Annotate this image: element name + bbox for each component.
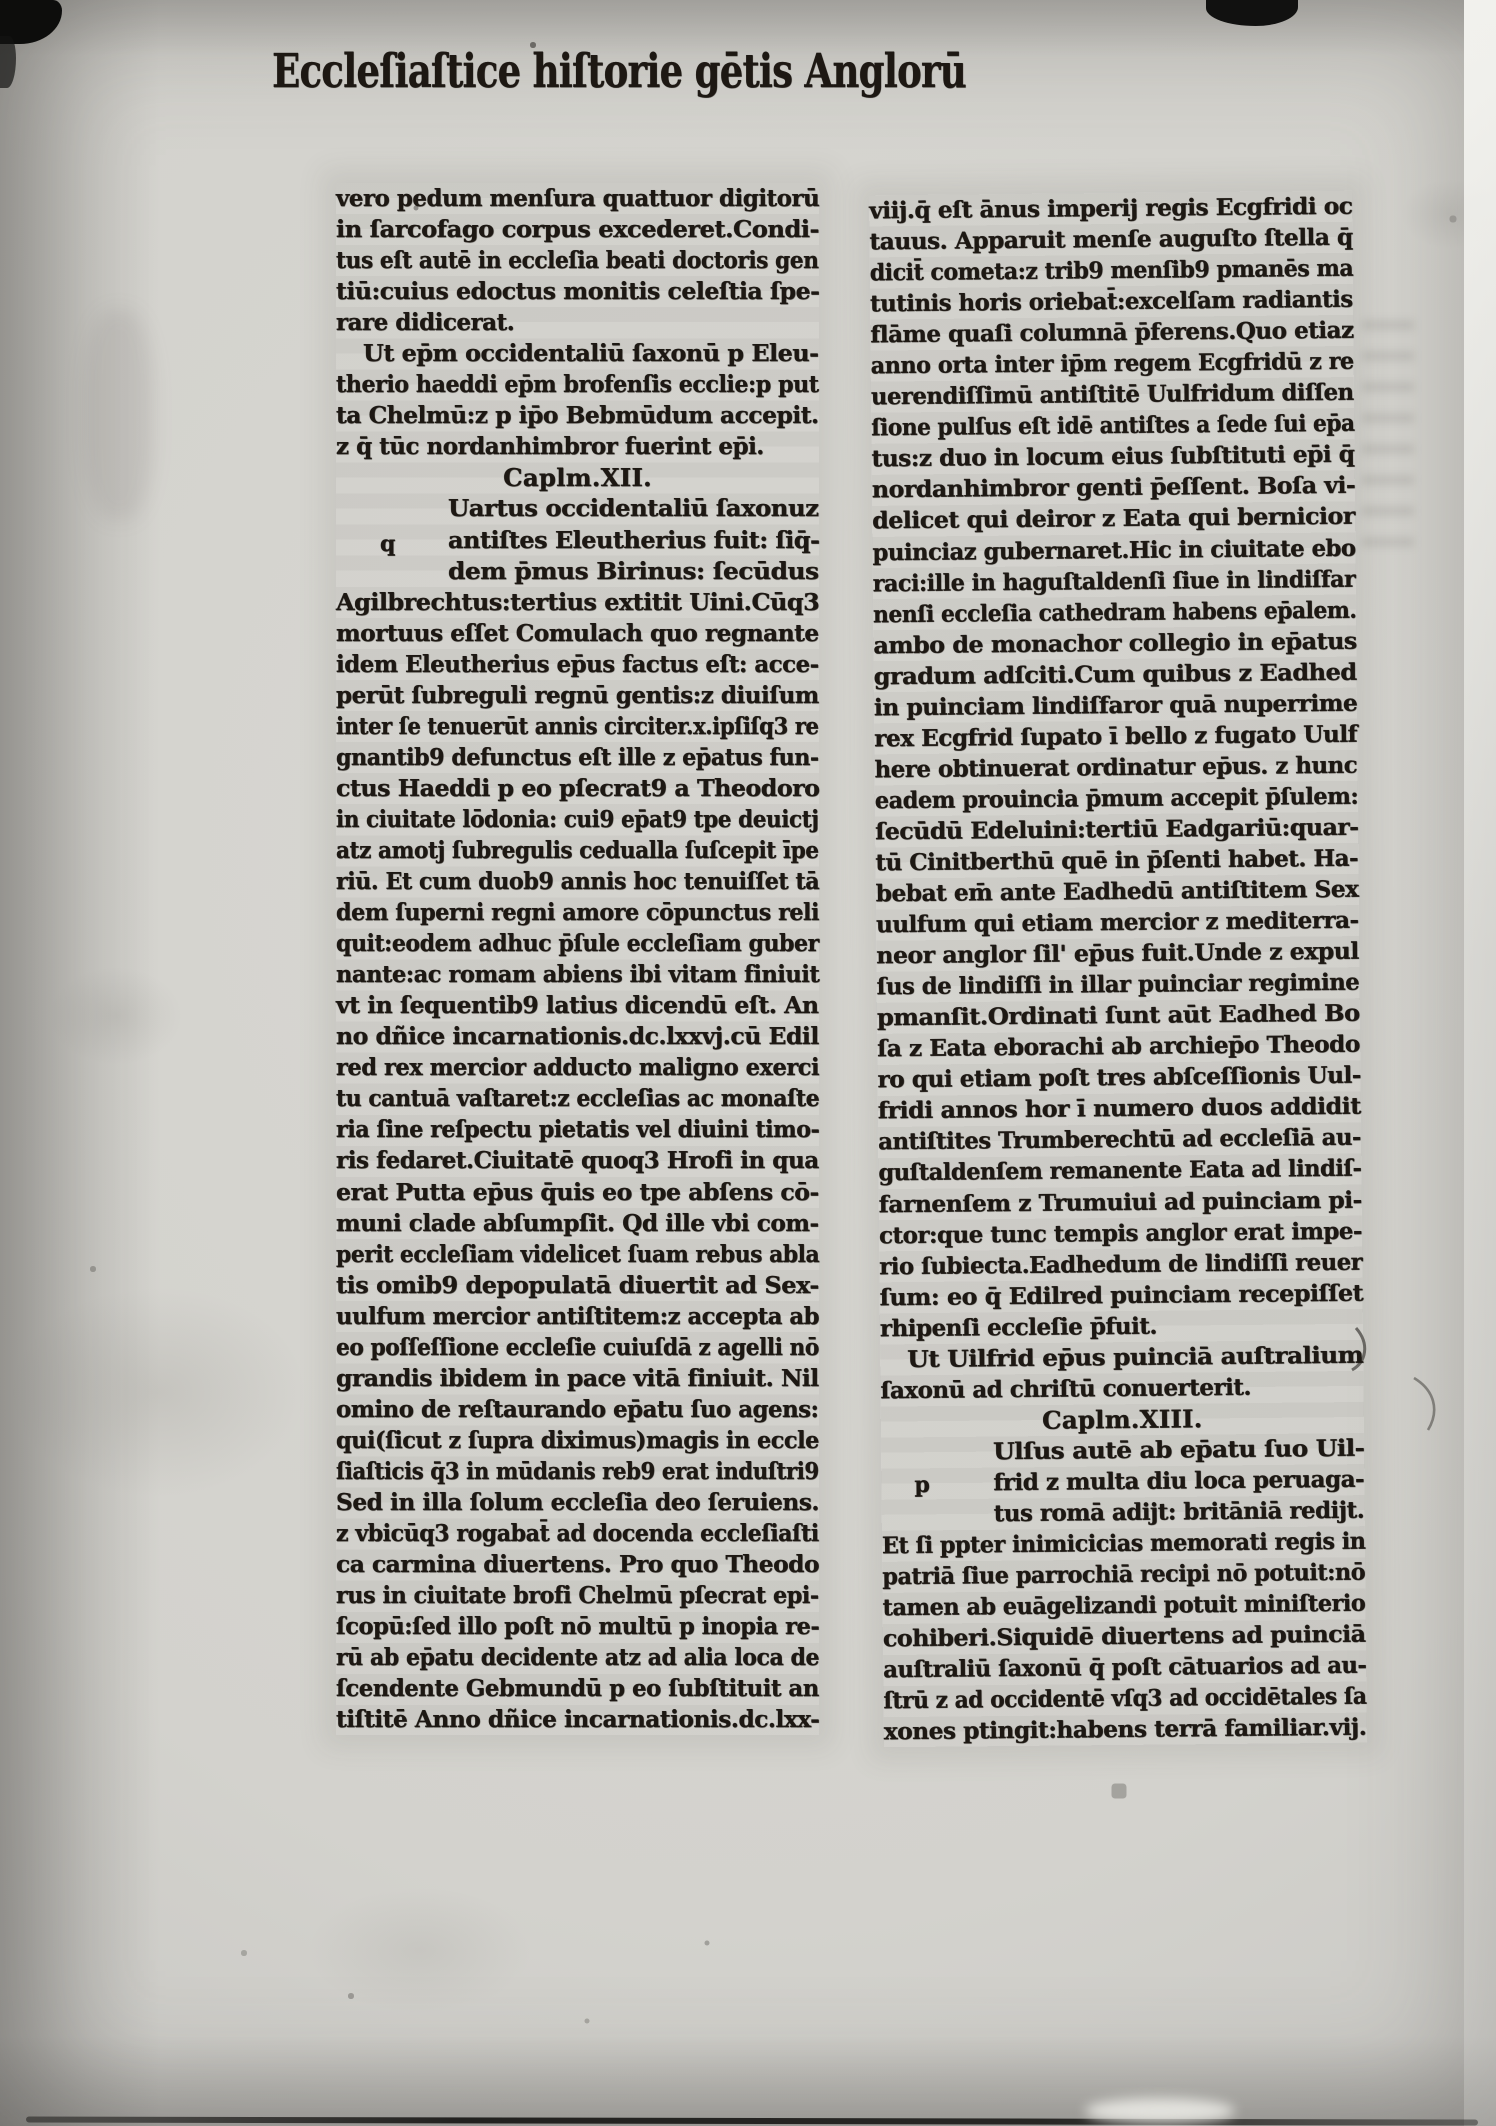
- text-line: erat Putta ep̄us q̄uis eo tpe abſens cō-: [336, 1177, 819, 1208]
- guide-letter-q: q: [380, 531, 395, 557]
- text-line: rhipenſi eccleſie p̄fuit.: [880, 1308, 1363, 1344]
- text-line: ctor:que tunc tempis anglor erat impe-: [879, 1215, 1362, 1251]
- text-line-content: riū. Et cum duob9 annis hoc tenuiſſet tā: [336, 866, 819, 897]
- text-line: nante:ac romam abiens ibi vitam finiuit: [336, 959, 819, 990]
- text-line: flāme quaſi columnā p̄ferens.Quo etiaz: [870, 315, 1353, 351]
- text-line-content: cohiberi.Siquidē diuertens ad puinciā: [883, 1619, 1366, 1655]
- text-line-content: erat Putta ep̄us q̄uis eo tpe abſens cō-: [336, 1177, 819, 1208]
- text-line-content: nante:ac romam abiens ibi vitam finiuit: [336, 959, 819, 990]
- text-line: mortuus eſſet Comulach quo regnante: [336, 618, 819, 649]
- text-line-content: rio ſubiecta.Eadhedum de lindiſſi reuer: [879, 1246, 1362, 1282]
- text-line-content: raci:ille in haguſtaldenſi ſiue in lindi…: [873, 563, 1356, 599]
- text-line: z vbicūq3 rogabat̄ ad docenda eccleſiaſt…: [336, 1518, 819, 1549]
- text-line-content: flāme quaſi columnā p̄ferens.Quo etiaz: [870, 315, 1354, 351]
- text-line-content: nenſi eccleſia cathedram habens ep̄alem.: [873, 594, 1357, 630]
- text-line-content: farnenſem z Trumuiui ad puinciam pi-: [879, 1184, 1362, 1220]
- text-line-content: ſecūdū Edeluini:tertiū Eadgariū:quar-: [875, 812, 1359, 848]
- text-line-content: frid z multa diu loca peruaga-: [993, 1464, 1364, 1499]
- text-line-content: tū Cinitberthū quē in p̄ſenti habet. Ha-: [875, 843, 1358, 879]
- text-line: Agilbrechtus:tertius extitit Uini.Cūq3: [336, 587, 819, 618]
- text-line: puinciaz gubernaret.Hic in ciuitate ebo: [872, 532, 1355, 568]
- text-line: raci:ille in haguſtaldenſi ſiue in lindi…: [873, 563, 1356, 599]
- chapter-heading: Caplm.XIII.: [881, 1401, 1364, 1437]
- text-line-content: ſa z Eata eborachi ab archiep̄o Theodo: [877, 1029, 1360, 1065]
- text-line-content: tis omib9 depopulatā diuertit ad Sex-: [336, 1270, 819, 1301]
- text-line-content: uerendiſſimū antiſtitē Uulfridum diſſen: [871, 377, 1354, 413]
- text-line-content: tu cantuā vaſtaret:z eccleſias ac monaſt…: [336, 1083, 819, 1114]
- text-line-content: ſtrū z ad occidentē vſq3 ad occidētales …: [883, 1681, 1366, 1717]
- text-line-content: Caplm.XII.: [503, 462, 652, 493]
- text-line-content: ta Chelmū:z p ip̄o Bebmūdum accepit.: [336, 400, 819, 431]
- text-line: ſcopū:ſed illo poſt nō multū p inopia re…: [336, 1611, 819, 1642]
- text-line: uulfum mercior antiſtitem:z accepta ab: [336, 1301, 819, 1332]
- text-line: eo poſſeſſione eccleſie cuiuſdā z agelli…: [336, 1332, 819, 1363]
- text-line: Ut ep̄m occidentaliū ſaxonū p Eleu-: [336, 338, 819, 369]
- text-line-content: ro qui etiam poſt tres abſceſſionis Uul-: [877, 1060, 1361, 1096]
- text-line-content: auſtraliū ſaxonū q̄ poſt cātuarios ad au…: [883, 1650, 1366, 1686]
- text-line-content: anno orta inter ip̄m regem Ecgfridū z re: [871, 346, 1354, 382]
- text-line-content: tiſtitē Anno dñice incarnationis.dc.lxx-: [336, 1704, 819, 1735]
- text-line: ſum: eo q̄ Edilred puinciam recepiſſet: [879, 1277, 1362, 1313]
- text-line-content: vero pedum menſura quattuor digitorū: [336, 183, 819, 214]
- text-line-content: inter ſe tenuerūt annis circiter.x.ipſiſ…: [336, 711, 819, 742]
- text-line-content: tamen ab euāgelizandi potuit miniſterio: [882, 1588, 1365, 1624]
- text-line-content: dem ſuperni regni amore cōpunctus reli: [336, 897, 819, 928]
- text-line: atz amotj ſubregulis cedualla ſuſcepit ī…: [336, 835, 819, 866]
- text-line-content: Ut ep̄m occidentaliū ſaxonū p Eleu-: [363, 338, 819, 369]
- text-line-content: ca carmina diuertens. Pro quo Theodo: [336, 1549, 819, 1580]
- text-line: vt in ſequentib9 latius dicendū eſt. An: [336, 990, 819, 1021]
- scanner-bed-right-strip: [1464, 0, 1496, 2126]
- text-line-content: delicet qui deiror z Eata qui bernicior: [872, 501, 1355, 537]
- text-line-content: neor anglor ſil' ep̄us fuit.Unde z expul: [876, 936, 1359, 972]
- text-line: gradum adſciti.Cum quibus z Eadhed: [873, 656, 1356, 692]
- text-line: perit eccleſiam videlicet ſuam rebus abl…: [336, 1239, 819, 1270]
- text-line-content: muni clade abſumpſit. Qd ille vbi com-: [336, 1208, 819, 1239]
- text-line: xones ptingit:habens terrā familiar.vij.: [884, 1712, 1367, 1748]
- text-line-content: gradum adſciti.Cum quibus z Eadhed: [873, 656, 1356, 692]
- text-line-content: rhipenſi eccleſie p̄fuit.: [880, 1310, 1157, 1344]
- text-line: antiſtites Trumberechtū ad eccleſiā au-: [878, 1122, 1361, 1158]
- text-line-content: rare didicerat.: [336, 307, 514, 338]
- text-line-content: dem p̄mus Birinus: ſecūdus: [448, 556, 819, 587]
- text-line: uerendiſſimū antiſtitē Uulfridum diſſen: [871, 377, 1354, 413]
- scan-shadow-bottom-edge: [0, 2036, 1496, 2126]
- text-line: viij.q̄ eſt ānus imperij regis Ecgfridi …: [869, 191, 1352, 227]
- running-title-text: Eccleſiaſtice hiſtorie gētis Anglorū: [272, 44, 966, 99]
- text-line: grandis ibidem in pace vitā finiuit. Nil: [336, 1363, 819, 1394]
- text-line: ſa z Eata eborachi ab archiep̄o Theodo: [877, 1029, 1360, 1065]
- text-line-content: ſaxonū ad chriſtū conuerterit.: [880, 1371, 1251, 1406]
- text-line: dicit̄ cometa:z trib9 menſib9 pmanēs ma: [870, 253, 1353, 289]
- text-line-content: no dñice incarnationis.dc.lxxvj.cū Edil: [336, 1021, 819, 1052]
- text-line: tis omib9 depopulatā diuertit ad Sex-: [336, 1270, 819, 1301]
- scan-white-patch: [1085, 2098, 1235, 2124]
- text-line-content: fridi annos hor ī numero duos addidit: [878, 1091, 1361, 1127]
- text-line: Uartus occidentaliū ſaxonuz: [336, 493, 819, 524]
- text-line-content: qui(ſicut z ſupra diximus)magis in eccle: [336, 1425, 819, 1456]
- guide-letter-p: p: [914, 1472, 930, 1498]
- left-margin-stain: [84, 310, 154, 520]
- text-line-content: omino de reſtaurando ep̄atu ſuo agens:: [336, 1394, 818, 1425]
- text-line: tū Cinitberthū quē in p̄ſenti habet. Ha-: [875, 843, 1358, 879]
- text-line: pmanſit.Ordinati ſunt aūt Eadhed Bo: [877, 998, 1360, 1034]
- text-line-content: ſcopū:ſed illo poſt nō multū p inopia re…: [336, 1611, 819, 1642]
- text-line: z q̄ tūc nordanhimbror fuerint ep̄i.: [336, 431, 819, 462]
- text-line: neor anglor ſil' ep̄us fuit.Unde z expul: [876, 936, 1359, 972]
- text-line: omino de reſtaurando ep̄atu ſuo agens:: [336, 1394, 819, 1425]
- text-line: dem p̄mus Birinus: ſecūdus: [336, 556, 819, 587]
- text-line: ſtrū z ad occidentē vſq3 ad occidētales …: [883, 1681, 1366, 1717]
- text-line-content: guſtaldenſem remanente Eata ad lindiſ-: [878, 1153, 1361, 1189]
- text-line: patriā ſiue parrochiā recipi nō potuit:n…: [882, 1557, 1365, 1593]
- text-line-content: ris fedaret.Ciuitatē quoq3 Hrofi in qua: [336, 1145, 819, 1176]
- text-line-content: bebat em̄ ante Eadhedū antiſtitem Sex: [876, 874, 1359, 910]
- text-line-content: ria ſine reſpectu pietatis vel diuini ti…: [336, 1114, 819, 1145]
- text-line: in ciuitate lōdonia: cui9 ep̄at9 tpe deu…: [336, 804, 819, 835]
- text-line-content: Uartus occidentaliū ſaxonuz: [448, 493, 818, 524]
- text-line: quit:eodem adhuc p̄ſule eccleſiam guber: [336, 928, 819, 959]
- text-line: Et ſi ppter inimicicias memorati regis i…: [882, 1526, 1365, 1562]
- right-margin-bleedthrough: [1362, 320, 1414, 560]
- text-line-content: tus:z duo in locum eius ſubſtituti ep̄i …: [871, 439, 1354, 475]
- text-line-content: xones ptingit:habens terrā familiar.vij.: [884, 1712, 1367, 1748]
- text-line-content: tiū:cuius edoctus monitis celeſtia ſpe-: [336, 276, 819, 307]
- text-line-content: z q̄ tūc nordanhimbror fuerint ep̄i.: [336, 431, 764, 462]
- text-line-content: uulfum qui etiam mercior z mediterra-: [876, 905, 1359, 941]
- text-line: idem Eleutherius ep̄us factus eſt: acce-: [336, 649, 819, 680]
- text-line: ſecūdū Edeluini:tertiū Eadgariū:quar-: [875, 812, 1358, 848]
- text-line: ta Chelmū:z p ip̄o Bebmūdum accepit.: [336, 400, 819, 431]
- text-line-content: ſione pulſus eſt idē antiſtes a ſede ſui…: [871, 408, 1355, 444]
- text-line-content: Agilbrechtus:tertius extitit Uini.Cūq3: [336, 587, 819, 618]
- text-column-left: q vero pedum menſura quattuor digitorūin…: [336, 183, 819, 1735]
- incunabulum-page-scan: Eccleſiaſtice hiſtorie gētis Anglorū q v…: [0, 0, 1496, 2126]
- text-line-content: Caplm.XIII.: [1042, 1403, 1203, 1436]
- text-line-content: nordanhimbror genti p̄eſſent. Boſa vi-: [872, 470, 1356, 506]
- text-line-content: in ciuitate lōdonia: cui9 ep̄at9 tpe deu…: [336, 804, 819, 835]
- text-line: rio ſubiecta.Eadhedum de lindiſſi reuer: [879, 1246, 1362, 1282]
- text-line-content: gnantib9 defunctus eſt ille z ep̄atus fu…: [336, 742, 819, 773]
- text-line-content: perūt ſubreguli regnū gentis:z diuiſum: [336, 680, 819, 711]
- text-line-content: ctus Haeddi p eo pſecrat9 a Theodoro: [336, 773, 819, 804]
- text-line: cohiberi.Siquidē diuertens ad puinciā: [883, 1619, 1366, 1655]
- text-line-content: tutinis horis oriebat̄:excelſam radianti…: [870, 284, 1353, 320]
- text-line-content: here obtinuerat ordinatur ep̄us. z hunc: [874, 750, 1357, 786]
- text-line: tiſtitē Anno dñice incarnationis.dc.lxx-: [336, 1704, 819, 1735]
- text-line: no dñice incarnationis.dc.lxxvj.cū Edil: [336, 1021, 819, 1052]
- text-line-content: quit:eodem adhuc p̄ſule eccleſiam guber: [336, 928, 819, 959]
- text-line-content: rus in ciuitate brofi Chelmū pſecrat epi…: [336, 1580, 819, 1611]
- text-line-content: idem Eleutherius ep̄us factus eſt: acce-: [336, 649, 819, 680]
- text-line-content: therio haeddi ep̄m brofenſis ecclie:p pu…: [336, 369, 819, 400]
- text-line: tus romā adijt: britāniā redijt.: [882, 1495, 1365, 1531]
- text-line: Ulſus autē ab ep̄atu ſuo Uil-: [881, 1432, 1364, 1468]
- text-line-content: z vbicūq3 rogabat̄ ad docenda eccleſiaſt…: [336, 1518, 819, 1549]
- text-line: ſaxonū ad chriſtū conuerterit.: [880, 1370, 1363, 1406]
- text-line-content: grandis ibidem in pace vitā finiuit. Nil: [336, 1363, 819, 1394]
- text-line: tiū:cuius edoctus monitis celeſtia ſpe-: [336, 276, 819, 307]
- text-line-content: ſiaſticis q̄3 in mūdanis reb9 erat induſ…: [336, 1456, 819, 1487]
- text-line: in puinciam lindiſfaror quā nuperrime: [874, 687, 1357, 723]
- text-line: anno orta inter ip̄m regem Ecgfridū z re: [871, 346, 1354, 382]
- text-line: dem ſuperni regni amore cōpunctus reli: [336, 897, 819, 928]
- text-line: ca carmina diuertens. Pro quo Theodo: [336, 1549, 819, 1580]
- text-line-content: mortuus eſſet Comulach quo regnante: [336, 618, 819, 649]
- text-line-content: dicit̄ cometa:z trib9 menſib9 pmanēs ma: [870, 253, 1354, 289]
- text-line-content: in puinciam lindiſfaror quā nuperrime: [874, 687, 1358, 723]
- text-line: uulfum qui etiam mercior z mediterra-: [876, 905, 1359, 941]
- text-line: vero pedum menſura quattuor digitorū: [336, 183, 819, 214]
- text-line-content: ſus de lindiſſi in illar puinciar regimi…: [876, 967, 1359, 1003]
- text-line: ambo de monachor collegio in ep̄atus: [873, 625, 1356, 661]
- text-line: ria ſine reſpectu pietatis vel diuini ti…: [336, 1114, 819, 1145]
- text-line-content: viij.q̄ eſt ānus imperij regis Ecgfridi …: [869, 191, 1353, 227]
- text-line: rare didicerat.: [336, 307, 819, 338]
- text-line: tu cantuā vaſtaret:z eccleſias ac monaſt…: [336, 1083, 819, 1114]
- text-line: riū. Et cum duob9 annis hoc tenuiſſet tā: [336, 866, 819, 897]
- text-line-content: perit eccleſiam videlicet ſuam rebus abl…: [336, 1239, 819, 1270]
- text-line: tamen ab euāgelizandi potuit miniſterio: [882, 1588, 1365, 1624]
- text-line: guſtaldenſem remanente Eata ad lindiſ-: [878, 1153, 1361, 1189]
- text-line-content: ambo de monachor collegio in ep̄atus: [873, 625, 1357, 661]
- text-line: muni clade abſumpſit. Qd ille vbi com-: [336, 1208, 819, 1239]
- text-line-content: pmanſit.Ordinati ſunt aūt Eadhed Bo: [877, 998, 1360, 1034]
- chapter-heading: Caplm.XII.: [336, 462, 819, 493]
- text-line-content: Sed in illa ſolum eccleſia deo ſeruiens.: [336, 1487, 819, 1518]
- text-line: ſione pulſus eſt idē antiſtes a ſede ſui…: [871, 408, 1354, 444]
- running-title: Eccleſiaſtice hiſtorie gētis Anglorū: [272, 44, 966, 114]
- text-line-content: in ſarcofago corpus excederet.Condi-: [336, 214, 819, 245]
- text-line-content: Ut Uilfrid ep̄us puinciā auſtralium: [907, 1339, 1363, 1374]
- text-line: perūt ſubreguli regnū gentis:z diuiſum: [336, 680, 819, 711]
- text-line: fridi annos hor ī numero duos addidit: [878, 1091, 1361, 1127]
- text-line-content: uulfum mercior antiſtitem:z accepta ab: [336, 1301, 819, 1332]
- text-line-content: puinciaz gubernaret.Hic in ciuitate ebo: [872, 532, 1355, 568]
- text-line: tus:z duo in locum eius ſubſtituti ep̄i …: [871, 439, 1354, 475]
- text-line-content: antiſtites Trumberechtū ad eccleſiā au-: [878, 1122, 1361, 1158]
- text-line: therio haeddi ep̄m brofenſis ecclie:p pu…: [336, 369, 819, 400]
- text-line-content: tus romā adijt: britāniā redijt.: [994, 1495, 1365, 1530]
- text-line: ro qui etiam poſt tres abſceſſionis Uul-: [877, 1060, 1360, 1096]
- text-line: here obtinuerat ordinatur ep̄us. z hunc: [874, 749, 1357, 785]
- text-line-content: red rex mercior adducto maligno exerci: [336, 1052, 819, 1083]
- text-line: eadem prouincia p̄mum accepit p̄ſulem:: [875, 781, 1358, 817]
- text-line-content: Et ſi ppter inimicicias memorati regis i…: [882, 1526, 1366, 1562]
- text-line-content: tus eſt autē in eccleſia beati doctoris …: [336, 245, 819, 276]
- text-line-content: atz amotj ſubregulis cedualla ſuſcepit ī…: [336, 835, 819, 866]
- text-line: qui(ſicut z ſupra diximus)magis in eccle: [336, 1425, 819, 1456]
- text-line-content: rū ab ep̄atu decidente atz ad alia loca …: [336, 1642, 819, 1673]
- text-column-right: p viij.q̄ eſt ānus imperij regis Ecgfrid…: [869, 191, 1367, 1748]
- text-line: farnenſem z Trumuiui ad puinciam pi-: [879, 1184, 1362, 1220]
- text-line: nordanhimbror genti p̄eſſent. Boſa vi-: [872, 470, 1355, 506]
- text-line: Ut Uilfrid ep̄us puinciā auſtralium: [880, 1339, 1363, 1375]
- text-line: in ſarcofago corpus excederet.Condi-: [336, 214, 819, 245]
- text-line: rex Ecgfrid ſupato ī bello z fugato Uulf: [874, 718, 1357, 754]
- text-line: ſus de lindiſſi in illar puinciar regimi…: [876, 967, 1359, 1003]
- text-line-content: Ulſus autē ab ep̄atu ſuo Uil-: [993, 1432, 1365, 1467]
- text-line: tauus. Apparuit menſe auguſto ſtella q̄: [869, 222, 1352, 258]
- text-line: tutinis horis oriebat̄:excelſam radianti…: [870, 284, 1353, 320]
- text-line: red rex mercior adducto maligno exerci: [336, 1052, 819, 1083]
- text-line-content: tauus. Apparuit menſe auguſto ſtella q̄: [869, 222, 1353, 258]
- text-line: antiſtes Eleutherius fuit: ſiq̄-: [336, 525, 819, 556]
- text-line: rus in ciuitate brofi Chelmū pſecrat epi…: [336, 1580, 819, 1611]
- text-line: auſtraliū ſaxonū q̄ poſt cātuarios ad au…: [883, 1650, 1366, 1686]
- text-line: Sed in illa ſolum eccleſia deo ſeruiens.: [336, 1487, 819, 1518]
- text-line: delicet qui deiror z Eata qui bernicior: [872, 501, 1355, 537]
- text-line: ris fedaret.Ciuitatē quoq3 Hrofi in qua: [336, 1145, 819, 1176]
- text-line: gnantib9 defunctus eſt ille z ep̄atus fu…: [336, 742, 819, 773]
- text-line-content: ctor:que tunc tempis anglor erat impe-: [879, 1215, 1362, 1251]
- text-line: nenſi eccleſia cathedram habens ep̄alem.: [873, 594, 1356, 630]
- text-line-content: rex Ecgfrid ſupato ī bello z fugato Uulf: [874, 718, 1357, 754]
- text-line-content: ſum: eo q̄ Edilred puinciam recepiſſet: [879, 1277, 1363, 1313]
- text-line: ſcendente Gebmundū p eo ſubſtituit an: [336, 1673, 819, 1704]
- text-line-content: patriā ſiue parrochiā recipi nō potuit:n…: [882, 1557, 1365, 1593]
- text-line: tus eſt autē in eccleſia beati doctoris …: [336, 245, 819, 276]
- text-line: bebat em̄ ante Eadhedū antiſtitem Sex: [876, 874, 1359, 910]
- text-line: inter ſe tenuerūt annis circiter.x.ipſiſ…: [336, 711, 819, 742]
- text-line-content: eo poſſeſſione eccleſie cuiuſdā z agelli…: [336, 1332, 819, 1363]
- text-line-content: vt in ſequentib9 latius dicendū eſt. An: [336, 990, 819, 1021]
- text-line-content: ſcendente Gebmundū p eo ſubſtituit an: [336, 1673, 819, 1704]
- paper-specks: [0, 0, 2, 2]
- text-line-content: antiſtes Eleutherius fuit: ſiq̄-: [448, 525, 819, 556]
- text-line: ctus Haeddi p eo pſecrat9 a Theodoro: [336, 773, 819, 804]
- text-line: frid z multa diu loca peruaga-: [881, 1464, 1364, 1500]
- text-line: rū ab ep̄atu decidente atz ad alia loca …: [336, 1642, 819, 1673]
- text-line: ſiaſticis q̄3 in mūdanis reb9 erat induſ…: [336, 1456, 819, 1487]
- text-line-content: eadem prouincia p̄mum accepit p̄ſulem:: [875, 781, 1359, 817]
